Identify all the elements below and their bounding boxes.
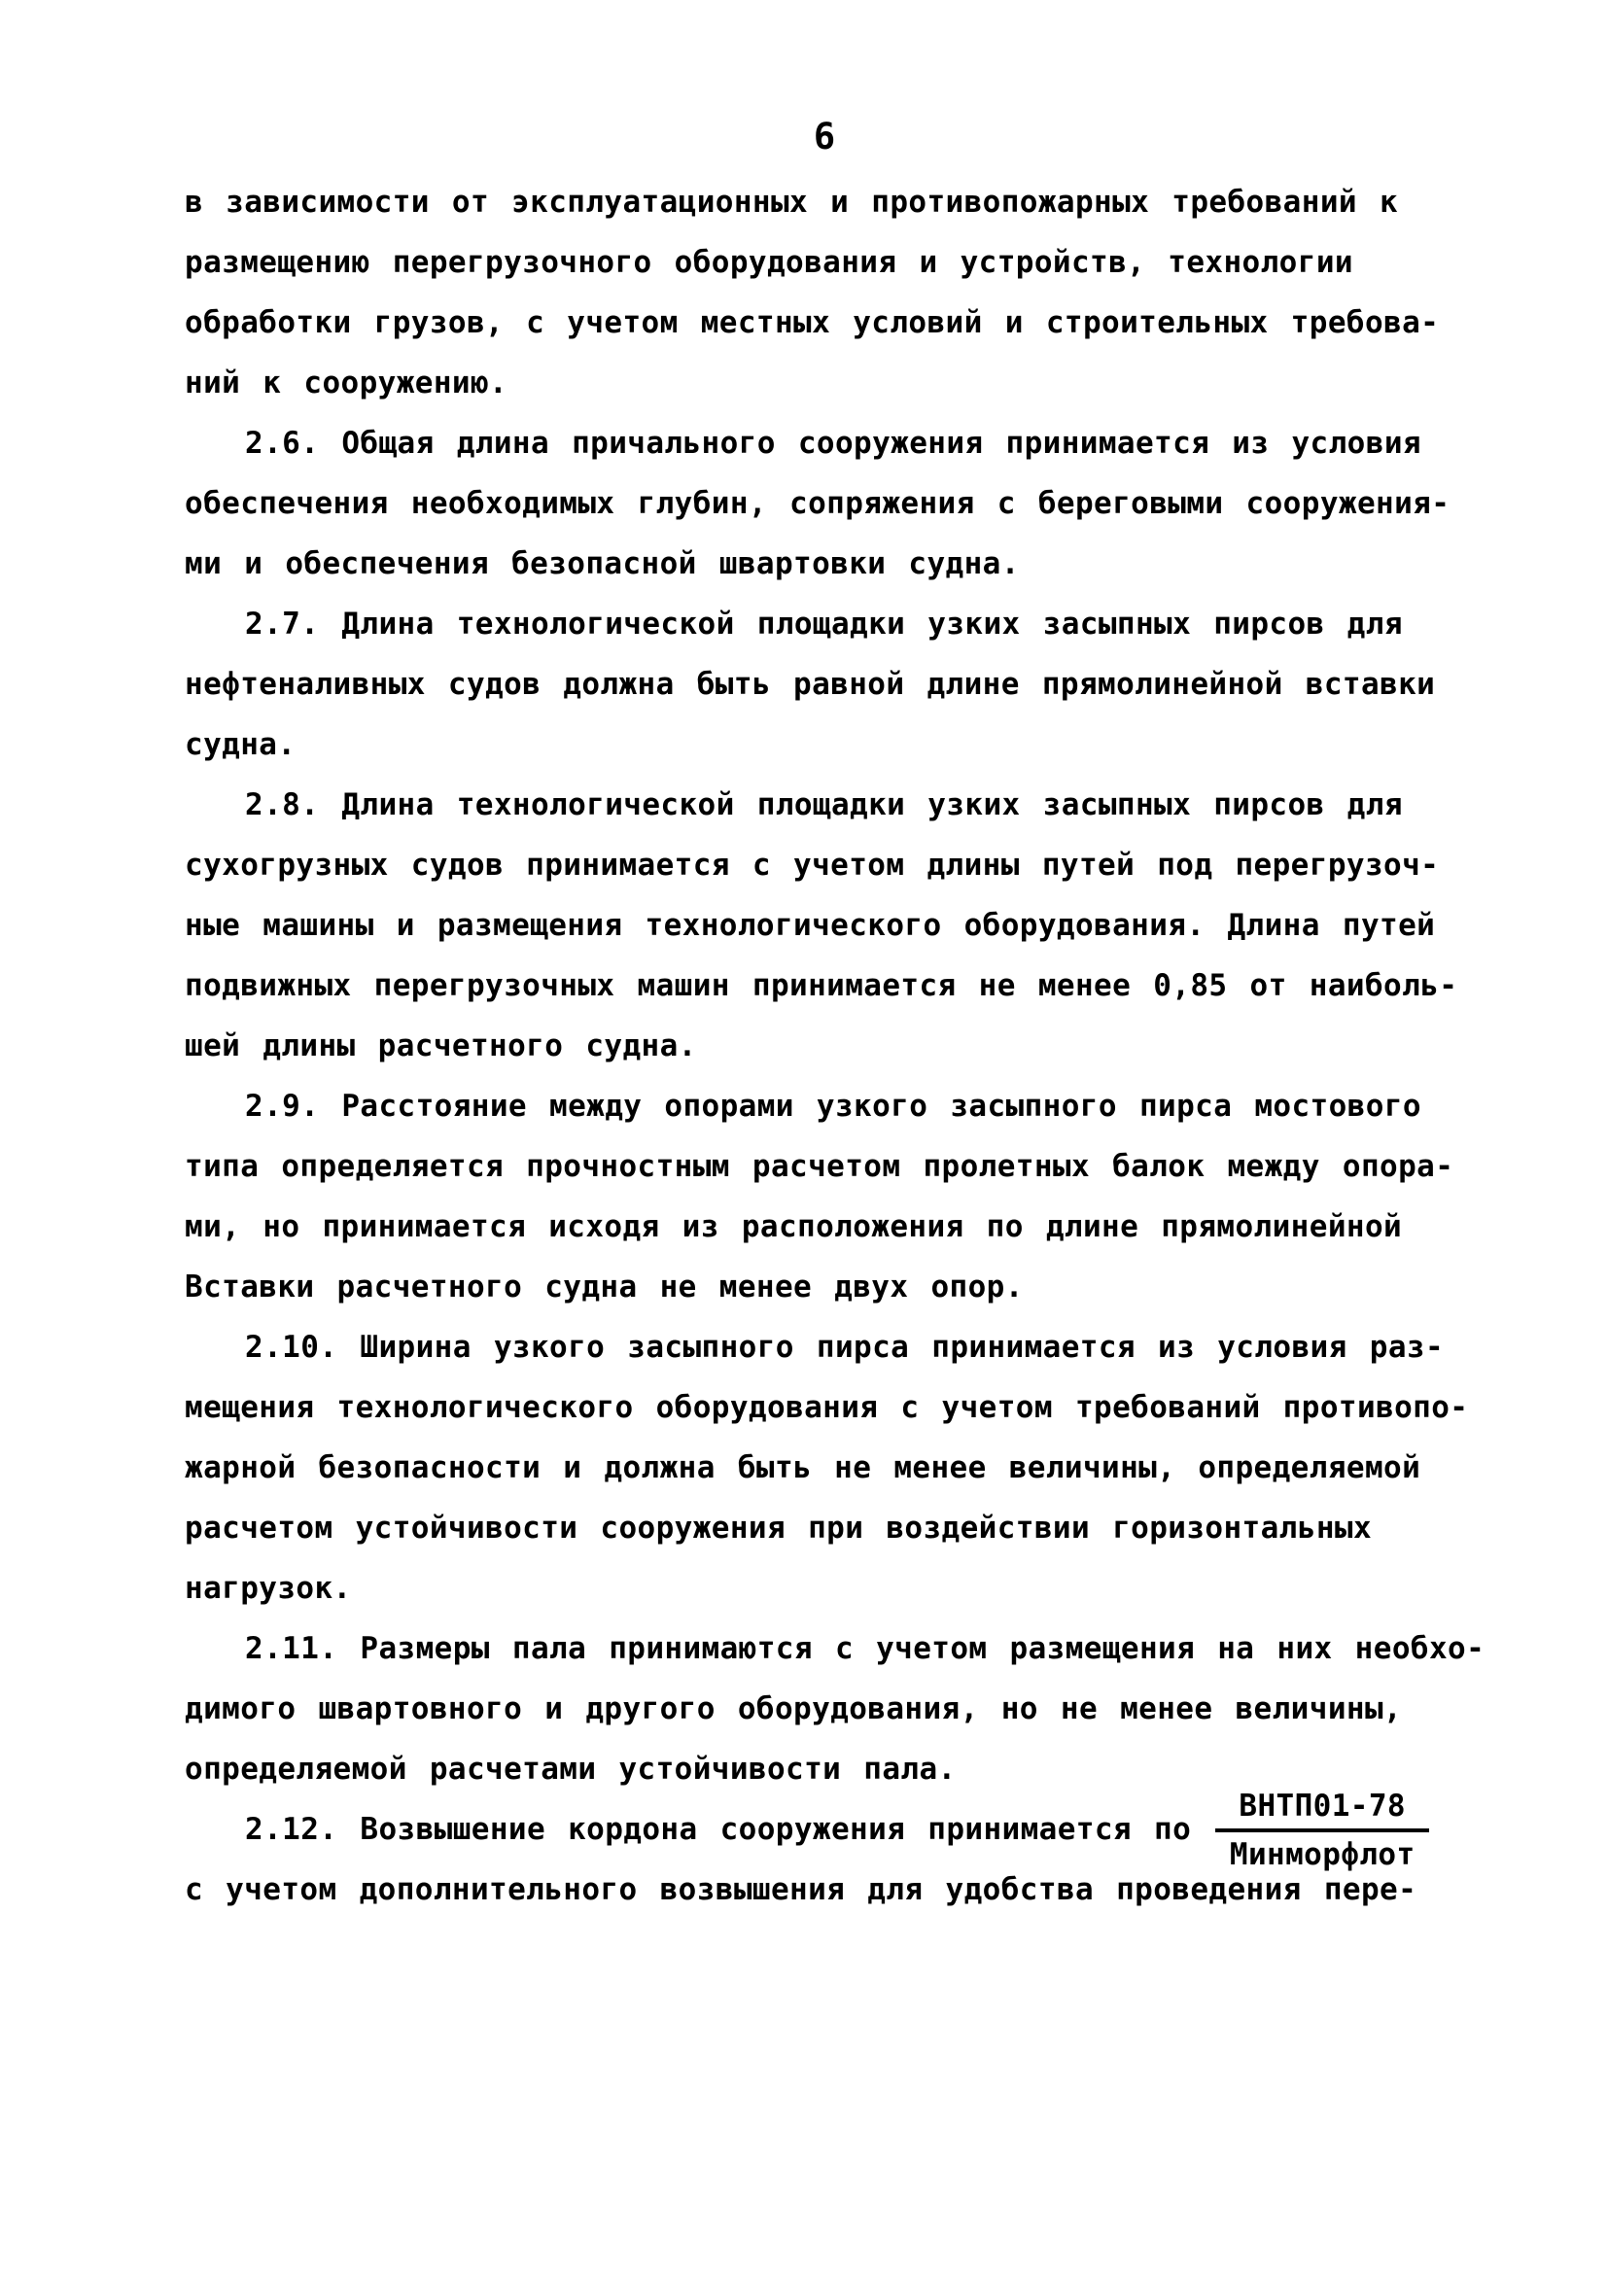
text-line-content: судна.	[185, 727, 296, 762]
page-number: 6	[814, 119, 835, 155]
text-line-content: ми, но принимается исходя из расположени…	[185, 1209, 1402, 1244]
text-line-content: типа определяется прочностным расчетом п…	[185, 1149, 1453, 1184]
text-line-content: ний к сооружению.	[185, 365, 507, 400]
text-line-content: мещения технологического оборудования с …	[185, 1390, 1468, 1425]
text-line-content: 2.9. Расстояние между опорами узкого зас…	[245, 1089, 1421, 1124]
text-line-content: расчетом устойчивости сооружения при воз…	[185, 1511, 1372, 1546]
text-line-5: 2.6. Общая длина причального сооружения …	[185, 413, 1429, 473]
text-line-10: судна.	[185, 714, 1429, 775]
text-line-content: шей длины расчетного судна.	[185, 1028, 697, 1063]
text-line-8: 2.7. Длина технологической площадки узки…	[185, 594, 1429, 654]
text-line-content: в зависимости от эксплуатационных и прот…	[185, 185, 1398, 220]
text-line-3: обработки грузов, с учетом местных услов…	[185, 293, 1429, 353]
text-line-16: 2.9. Расстояние между опорами узкого зас…	[185, 1076, 1429, 1136]
text-line-18: ми, но принимается исходя из расположени…	[185, 1197, 1429, 1257]
text-line-6: обеспечения необходимых глубин, сопряжен…	[185, 473, 1429, 534]
text-line-26: димого швартовного и другого оборудовани…	[185, 1679, 1429, 1739]
text-line-content: сухогрузных судов принимается с учетом д…	[185, 848, 1439, 883]
text-line-content: жарной безопасности и должна быть не мен…	[185, 1450, 1420, 1485]
text-line-24: нагрузок.	[185, 1558, 1429, 1618]
reference-denominator: Минморфлот	[1215, 1832, 1429, 1871]
text-line-25: 2.11. Размеры пала принимаются с учетом …	[185, 1618, 1429, 1679]
text-line-content: 2.6. Общая длина причального сооружения …	[245, 426, 1421, 461]
reference-fraction: ВНТП01-78Минморфлот	[1215, 1790, 1429, 1871]
text-line-17: типа определяется прочностным расчетом п…	[185, 1136, 1429, 1197]
text-line-11: 2.8. Длина технологической площадки узки…	[185, 775, 1429, 835]
document-page: 6 в зависимости от эксплуатационных и пр…	[0, 0, 1608, 2296]
text-line-15: шей длины расчетного судна.	[185, 1016, 1429, 1076]
text-line-content: определяемой расчетами устойчивости пала…	[185, 1752, 957, 1787]
text-line-12: сухогрузных судов принимается с учетом д…	[185, 835, 1429, 895]
text-line-content: нагрузок.	[185, 1571, 352, 1606]
text-line-content: подвижных перегрузочных машин принимаетс…	[185, 968, 1457, 1003]
text-line-content: 2.12. Возвышение кордона сооружения прин…	[245, 1812, 1191, 1847]
text-line-content: обработки грузов, с учетом местных услов…	[185, 305, 1439, 340]
text-line-content: димого швартовного и другого оборудовани…	[185, 1691, 1402, 1726]
text-line-content: ми и обеспечения безопасной швартовки су…	[185, 546, 1020, 581]
text-line-9: нефтеналивных судов должна быть равной д…	[185, 654, 1429, 714]
text-line-content: нефтеналивных судов должна быть равной д…	[185, 667, 1435, 702]
text-line-content: 2.7. Длина технологической площадки узки…	[245, 607, 1403, 642]
text-line-content: ные машины и размещения технологического…	[185, 908, 1435, 943]
text-line-4: ний к сооружению.	[185, 353, 1429, 413]
text-line-21: мещения технологического оборудования с …	[185, 1377, 1429, 1438]
document-text: в зависимости от эксплуатационных и прот…	[185, 172, 1429, 1920]
text-line-13: ные машины и размещения технологического…	[185, 895, 1429, 956]
text-line-content: обеспечения необходимых глубин, сопряжен…	[185, 486, 1450, 521]
text-line-14: подвижных перегрузочных машин принимаетс…	[185, 956, 1429, 1016]
text-line-content: с учетом дополнительного возвышения для …	[185, 1872, 1416, 1907]
text-line-content: 2.8. Длина технологической площадки узки…	[245, 787, 1403, 822]
text-line-22: жарной безопасности и должна быть не мен…	[185, 1438, 1429, 1498]
text-line-1: в зависимости от эксплуатационных и прот…	[185, 172, 1429, 232]
text-line-28: 2.12. Возвышение кордона сооружения прин…	[185, 1799, 1429, 1860]
text-line-23: расчетом устойчивости сооружения при воз…	[185, 1498, 1429, 1558]
reference-numerator: ВНТП01-78	[1215, 1790, 1429, 1832]
text-line-20: 2.10. Ширина узкого засыпного пирса прин…	[185, 1317, 1429, 1377]
text-line-2: размещению перегрузочного оборудования и…	[185, 232, 1429, 293]
text-line-19: Вставки расчетного судна не менее двух о…	[185, 1257, 1429, 1317]
text-line-content: Вставки расчетного судна не менее двух о…	[185, 1270, 1024, 1305]
text-line-content: размещению перегрузочного оборудования и…	[185, 245, 1353, 280]
text-line-7: ми и обеспечения безопасной швартовки су…	[185, 534, 1429, 594]
text-line-content: 2.11. Размеры пала принимаются с учетом …	[245, 1631, 1485, 1666]
text-line-content: 2.10. Ширина узкого засыпного пирса прин…	[245, 1330, 1444, 1365]
